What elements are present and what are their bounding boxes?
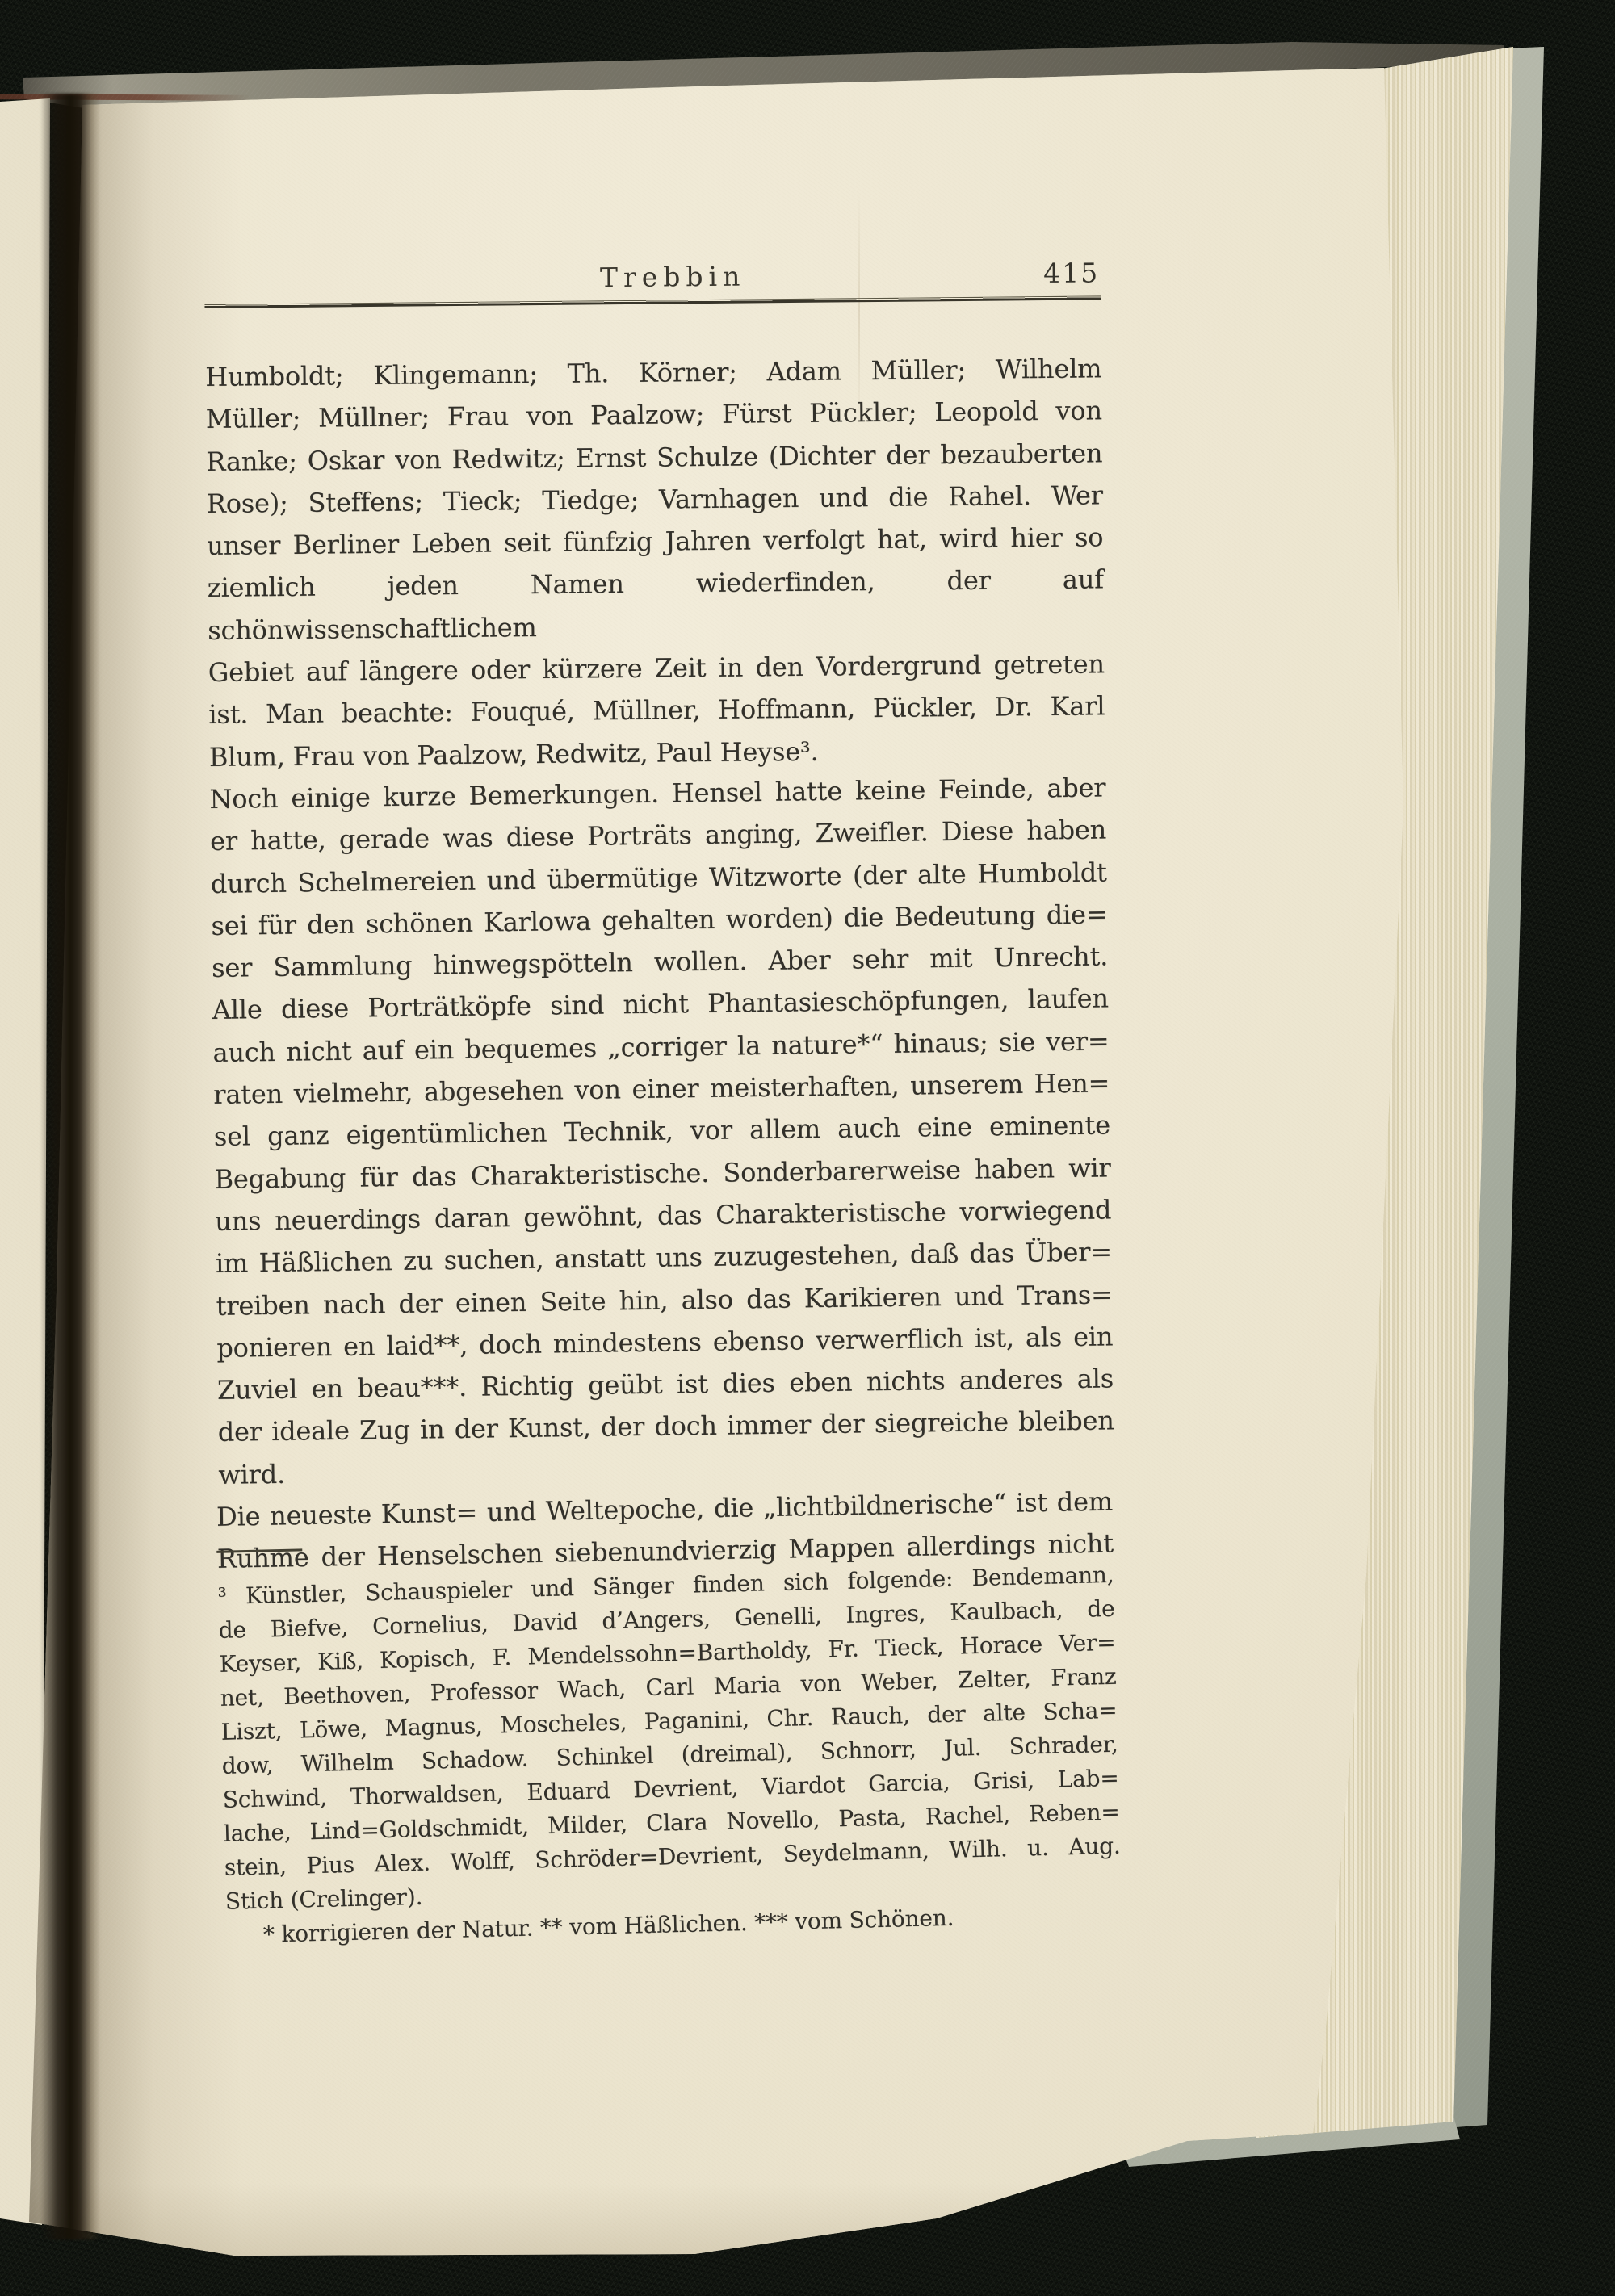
book-photo: Trebbin 415 Humboldt; Klingemann; Th. Kö… bbox=[0, 0, 1615, 2296]
footnote: ³ Künstler, Schauspieler und Sänger find… bbox=[216, 1529, 1122, 1953]
header-rule bbox=[204, 295, 1101, 308]
paragraph: Noch einige kurze Bemerkungen. Hensel ha… bbox=[209, 766, 1115, 1496]
text-line: ist. Man beachte: Fouqué, Müllner, Hoffm… bbox=[208, 685, 1105, 736]
footnote-lines: ³ Künstler, Schauspieler und Sänger find… bbox=[217, 1558, 1122, 1919]
paragraph: Humboldt; Klingemann; Th. Körner; Adam M… bbox=[205, 347, 1105, 778]
page-number: 415 bbox=[1043, 258, 1099, 289]
body-text: Humboldt; Klingemann; Th. Körner; Adam M… bbox=[205, 347, 1114, 1580]
text-line: ziemlich jeden Namen wiederfinden, der a… bbox=[208, 559, 1105, 652]
text-block: Trebbin 415 Humboldt; Klingemann; Th. Kö… bbox=[204, 258, 1118, 2043]
spine-gutter-shadow bbox=[40, 94, 100, 2239]
